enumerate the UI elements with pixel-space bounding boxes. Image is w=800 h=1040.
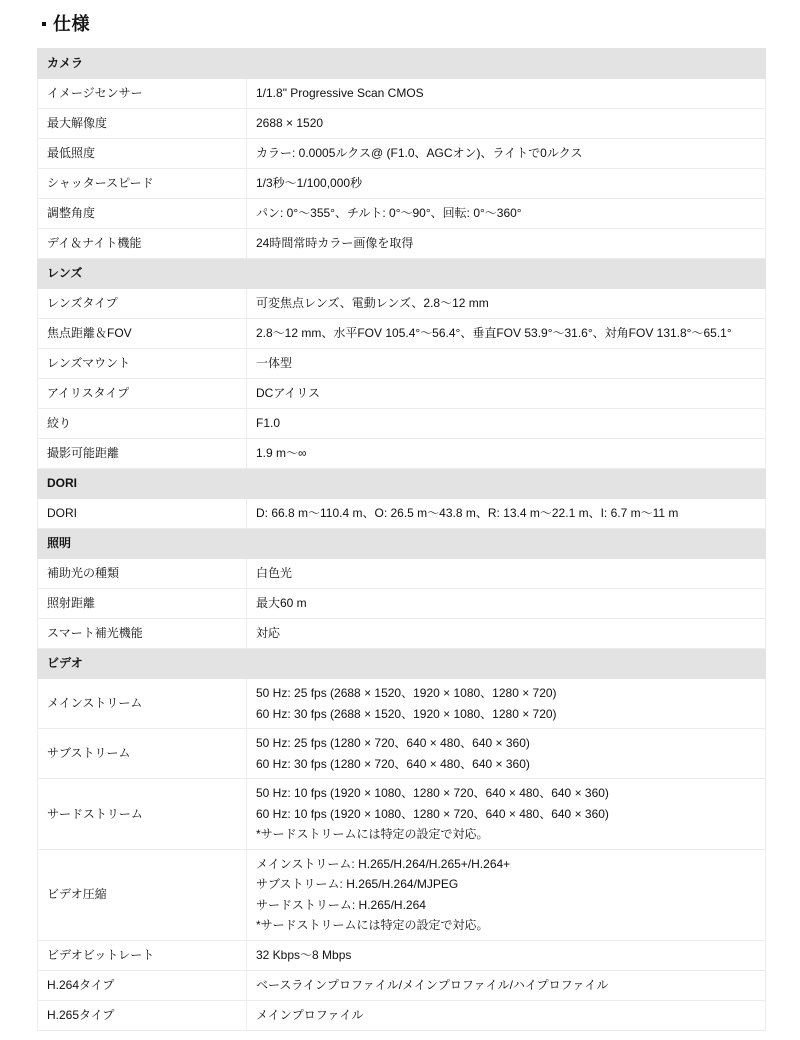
spec-value: 50 Hz: 25 fps (2688 × 1520、1920 × 1080、1…: [247, 679, 766, 729]
spec-value: 対応: [247, 619, 766, 649]
spec-value: 1/3秒～1/100,000秒: [247, 169, 766, 199]
spec-label: 最大解像度: [38, 109, 247, 139]
spec-value-line: *サードストリームには特定の設定で対応。: [256, 915, 765, 936]
spec-value-line: 60 Hz: 10 fps (1920 × 1080、1280 × 720、64…: [256, 804, 765, 825]
spec-value-line: 2.8～12 mm、水平FOV 105.4°～56.4°、垂直FOV 53.9°…: [256, 323, 765, 344]
spec-value-line: 1.9 m～∞: [256, 443, 765, 464]
spec-value-line: 50 Hz: 25 fps (2688 × 1520、1920 × 1080、1…: [256, 683, 765, 704]
spec-row: スマート補光機能対応: [38, 619, 766, 649]
spec-row: 調整角度パン: 0°～355°、チルト: 0°～90°、回転: 0°～360°: [38, 199, 766, 229]
spec-row: H.264タイプベースラインプロファイル/メインプロファイル/ハイプロファイル: [38, 970, 766, 1000]
section-header: カメラ: [38, 49, 766, 79]
spec-row: ビデオビットレート32 Kbps～8 Mbps: [38, 940, 766, 970]
spec-label: DORI: [38, 499, 247, 529]
spec-value: 2688 × 1520: [247, 109, 766, 139]
spec-label: ビデオ圧縮: [38, 849, 247, 940]
spec-row: 最低照度カラー: 0.0005ルクス@ (F1.0、AGCオン)、ライトで0ルク…: [38, 139, 766, 169]
spec-value-line: パン: 0°～355°、チルト: 0°～90°、回転: 0°～360°: [256, 203, 765, 224]
spec-label: デイ＆ナイト機能: [38, 229, 247, 259]
spec-label: メインストリーム: [38, 679, 247, 729]
spec-value: 可変焦点レンズ、電動レンズ、2.8～12 mm: [247, 289, 766, 319]
section-header: レンズ: [38, 259, 766, 289]
spec-row: 撮影可能距離1.9 m～∞: [38, 439, 766, 469]
spec-value: D: 66.8 m～110.4 m、O: 26.5 m～43.8 m、R: 13…: [247, 499, 766, 529]
spec-value-line: ベースラインプロファイル/メインプロファイル/ハイプロファイル: [256, 975, 765, 996]
spec-label: 照射距離: [38, 589, 247, 619]
square-bullet-icon: [42, 22, 46, 26]
spec-label: サブストリーム: [38, 729, 247, 779]
section-header: 照明: [38, 529, 766, 559]
spec-label: ビデオビットレート: [38, 940, 247, 970]
spec-row: レンズマウント一体型: [38, 349, 766, 379]
section-title: レンズ: [38, 259, 766, 289]
spec-label: 焦点距離＆FOV: [38, 319, 247, 349]
spec-table-body: カメライメージセンサー1/1.8" Progressive Scan CMOS最…: [38, 49, 766, 1031]
spec-value: DCアイリス: [247, 379, 766, 409]
spec-value-line: メインプロファイル: [256, 1005, 765, 1026]
spec-row: シャッタースピード1/3秒～1/100,000秒: [38, 169, 766, 199]
spec-value: 白色光: [247, 559, 766, 589]
spec-value: 50 Hz: 25 fps (1280 × 720、640 × 480、640 …: [247, 729, 766, 779]
spec-row: 照射距離最大60 m: [38, 589, 766, 619]
spec-value-line: 最大60 m: [256, 593, 765, 614]
section-title: 照明: [38, 529, 766, 559]
section-title: カメラ: [38, 49, 766, 79]
spec-value: 1.9 m～∞: [247, 439, 766, 469]
spec-value-line: カラー: 0.0005ルクス@ (F1.0、AGCオン)、ライトで0ルクス: [256, 143, 765, 164]
spec-label: 補助光の種類: [38, 559, 247, 589]
spec-row: レンズタイプ可変焦点レンズ、電動レンズ、2.8～12 mm: [38, 289, 766, 319]
spec-value-line: 50 Hz: 10 fps (1920 × 1080、1280 × 720、64…: [256, 783, 765, 804]
spec-label: サードストリーム: [38, 779, 247, 850]
spec-value-line: サードストリーム: H.265/H.264: [256, 895, 765, 916]
spec-value: F1.0: [247, 409, 766, 439]
page-title: 仕様: [42, 10, 90, 36]
spec-row: H.265タイプメインプロファイル: [38, 1000, 766, 1030]
spec-label: スマート補光機能: [38, 619, 247, 649]
spec-row: DORID: 66.8 m～110.4 m、O: 26.5 m～43.8 m、R…: [38, 499, 766, 529]
spec-value-line: 1/1.8" Progressive Scan CMOS: [256, 83, 765, 104]
spec-value: 50 Hz: 10 fps (1920 × 1080、1280 × 720、64…: [247, 779, 766, 850]
spec-value: 2.8～12 mm、水平FOV 105.4°～56.4°、垂直FOV 53.9°…: [247, 319, 766, 349]
spec-row: サードストリーム50 Hz: 10 fps (1920 × 1080、1280 …: [38, 779, 766, 850]
spec-value: 一体型: [247, 349, 766, 379]
spec-value: 最大60 m: [247, 589, 766, 619]
spec-row: ビデオ圧縮メインストリーム: H.265/H.264/H.265+/H.264+…: [38, 849, 766, 940]
spec-label: アイリスタイプ: [38, 379, 247, 409]
spec-value-line: 2688 × 1520: [256, 113, 765, 134]
spec-label: 調整角度: [38, 199, 247, 229]
spec-value-line: メインストリーム: H.265/H.264/H.265+/H.264+: [256, 854, 765, 875]
section-header: ビデオ: [38, 649, 766, 679]
spec-row: 絞りF1.0: [38, 409, 766, 439]
spec-row: アイリスタイプDCアイリス: [38, 379, 766, 409]
spec-label: 最低照度: [38, 139, 247, 169]
spec-row: 補助光の種類白色光: [38, 559, 766, 589]
spec-row: 最大解像度2688 × 1520: [38, 109, 766, 139]
spec-value-line: *サードストリームには特定の設定で対応。: [256, 824, 765, 845]
spec-label: H.265タイプ: [38, 1000, 247, 1030]
spec-value-line: 1/3秒～1/100,000秒: [256, 173, 765, 194]
spec-value-line: 32 Kbps～8 Mbps: [256, 945, 765, 966]
spec-value: メインストリーム: H.265/H.264/H.265+/H.264+サブストリ…: [247, 849, 766, 940]
spec-value-line: 一体型: [256, 353, 765, 374]
spec-row: イメージセンサー1/1.8" Progressive Scan CMOS: [38, 79, 766, 109]
spec-row: 焦点距離＆FOV2.8～12 mm、水平FOV 105.4°～56.4°、垂直F…: [38, 319, 766, 349]
spec-value: ベースラインプロファイル/メインプロファイル/ハイプロファイル: [247, 970, 766, 1000]
spec-value: 32 Kbps～8 Mbps: [247, 940, 766, 970]
spec-value-line: F1.0: [256, 413, 765, 434]
spec-value-line: 可変焦点レンズ、電動レンズ、2.8～12 mm: [256, 293, 765, 314]
section-title: ビデオ: [38, 649, 766, 679]
spec-label: 絞り: [38, 409, 247, 439]
spec-label: レンズマウント: [38, 349, 247, 379]
spec-label: レンズタイプ: [38, 289, 247, 319]
spec-row: メインストリーム50 Hz: 25 fps (2688 × 1520、1920 …: [38, 679, 766, 729]
spec-value: パン: 0°～355°、チルト: 0°～90°、回転: 0°～360°: [247, 199, 766, 229]
spec-value: 24時間常時カラー画像を取得: [247, 229, 766, 259]
spec-value: 1/1.8" Progressive Scan CMOS: [247, 79, 766, 109]
spec-value-line: 24時間常時カラー画像を取得: [256, 233, 765, 254]
page-title-text: 仕様: [53, 10, 90, 36]
section-header: DORI: [38, 469, 766, 499]
spec-value-line: 対応: [256, 623, 765, 644]
spec-label: 撮影可能距離: [38, 439, 247, 469]
spec-label: H.264タイプ: [38, 970, 247, 1000]
spec-value-line: サブストリーム: H.265/H.264/MJPEG: [256, 874, 765, 895]
spec-value-line: 60 Hz: 30 fps (1280 × 720、640 × 480、640 …: [256, 754, 765, 775]
spec-label: イメージセンサー: [38, 79, 247, 109]
spec-row: サブストリーム50 Hz: 25 fps (1280 × 720、640 × 4…: [38, 729, 766, 779]
spec-value-line: 50 Hz: 25 fps (1280 × 720、640 × 480、640 …: [256, 733, 765, 754]
spec-value: カラー: 0.0005ルクス@ (F1.0、AGCオン)、ライトで0ルクス: [247, 139, 766, 169]
spec-value-line: D: 66.8 m～110.4 m、O: 26.5 m～43.8 m、R: 13…: [256, 503, 765, 524]
spec-value: メインプロファイル: [247, 1000, 766, 1030]
spec-label: シャッタースピード: [38, 169, 247, 199]
spec-table: カメライメージセンサー1/1.8" Progressive Scan CMOS最…: [37, 48, 766, 1031]
spec-value-line: 白色光: [256, 563, 765, 584]
spec-value-line: 60 Hz: 30 fps (2688 × 1520、1920 × 1080、1…: [256, 704, 765, 725]
spec-row: デイ＆ナイト機能24時間常時カラー画像を取得: [38, 229, 766, 259]
spec-value-line: DCアイリス: [256, 383, 765, 404]
section-title: DORI: [38, 469, 766, 499]
